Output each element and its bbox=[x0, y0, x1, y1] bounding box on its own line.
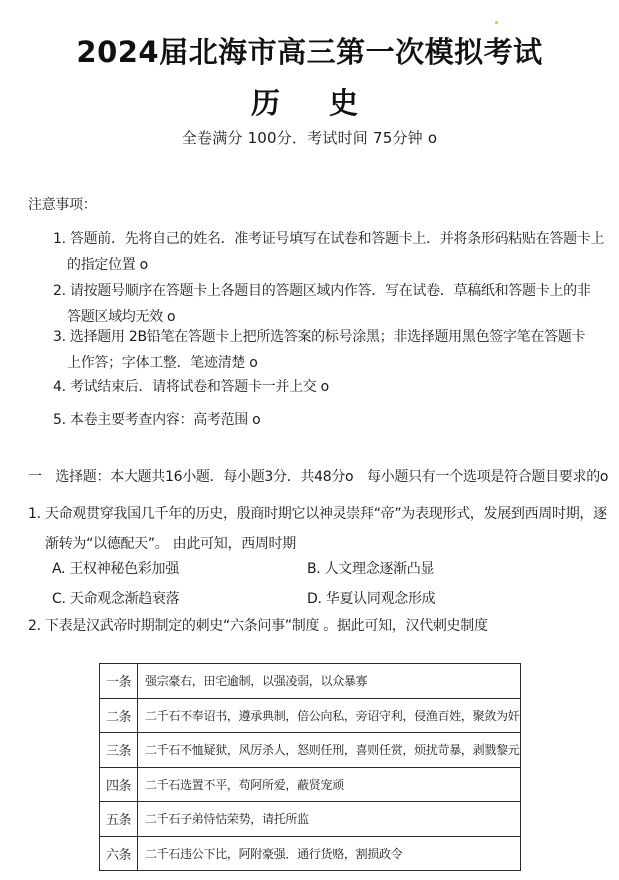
notice-item-5: 5. 本卷主要考查内容：高考范围 o bbox=[53, 407, 260, 433]
row-label: 四条 bbox=[100, 767, 138, 802]
notice-line: 3. 选择题用 2B铅笔在答题卡上把所选答案的标号涂黑；非选择题用黑色签字笔在答… bbox=[53, 324, 585, 350]
table-row: 四条 二千石选置不平，苟阿所爱，蔽贤宠顽 bbox=[100, 767, 521, 802]
question-1-option-d: D. 华夏认同观念形成 bbox=[307, 584, 435, 614]
exam-meta: 全卷满分 100分．考试时间 75分钟 o bbox=[0, 127, 619, 148]
notice-line: 1. 答题前．先将自己的姓名．准考证号填写在试卷和答题卡上．并将条形码粘贴在答题… bbox=[53, 226, 604, 252]
table-row: 五条 二千石子弟恃怙荣势，请托所监 bbox=[100, 802, 521, 837]
row-content: 二千石不奉诏书，遵承典制，倍公向私，旁诏守利，侵渔百姓，聚敛为奸 bbox=[138, 698, 521, 733]
row-content: 二千石选置不平，苟阿所爱，蔽贤宠顽 bbox=[138, 767, 521, 802]
question-1-option-c: C. 天命观念渐趋衰落 bbox=[52, 584, 179, 614]
notice-line: 2. 请按题号顺序在答题卡上各题目的答题区域内作答．写在试卷．草稿纸和答题卡上的… bbox=[53, 278, 591, 304]
question-1-option-b: B. 人文理念逐渐凸显 bbox=[307, 554, 434, 584]
table-row: 三条 二千石不恤疑狱，风厉杀人，怒则任刑，喜则任赏，烦扰苛暴，剥戮黎元 bbox=[100, 733, 521, 768]
notices-heading: 注意事项： bbox=[28, 192, 97, 218]
row-label: 五条 bbox=[100, 802, 138, 837]
question-1-option-a: A. 王权神秘色彩加强 bbox=[52, 554, 179, 584]
table-row: 一条 强宗豪右，田宅逾制，以强凌弱，以众暴寡 bbox=[100, 664, 521, 699]
notice-line: 的指定位置 o bbox=[53, 252, 604, 278]
six-rules-table: 一条 强宗豪右，田宅逾制，以强凌弱，以众暴寡 二条 二千石不奉诏书，遵承典制，倍… bbox=[99, 663, 521, 871]
notice-item-3: 3. 选择题用 2B铅笔在答题卡上把所选答案的标号涂黑；非选择题用黑色签字笔在答… bbox=[53, 324, 585, 376]
row-content: 二千石子弟恃怙荣势，请托所监 bbox=[138, 802, 521, 837]
section-heading: 一 选择题：本大题共16小题．每小题3分．共48分o 每小题只有一个选项是符合题… bbox=[28, 464, 608, 490]
notice-item-1: 1. 答题前．先将自己的姓名．准考证号填写在试卷和答题卡上．并将条形码粘贴在答题… bbox=[53, 226, 604, 278]
notice-item-4: 4. 考试结束后．请将试卷和答题卡一并上交 o bbox=[53, 374, 329, 400]
question-2-text: 2. 下表是汉武帝时期制定的刺史“六条问事”制度 。据此可知，汉代刺史制度 bbox=[28, 611, 488, 641]
exam-paper-page: 2024届北海市高三第一次模拟考试 历 史 全卷满分 100分．考试时间 75分… bbox=[0, 0, 619, 880]
scan-artifact-dot bbox=[495, 21, 498, 24]
row-content: 二千石不恤疑狱，风厉杀人，怒则任刑，喜则任赏，烦扰苛暴，剥戮黎元 bbox=[138, 733, 521, 768]
table-row: 二条 二千石不奉诏书，遵承典制，倍公向私，旁诏守利，侵渔百姓，聚敛为奸 bbox=[100, 698, 521, 733]
row-label: 三条 bbox=[100, 733, 138, 768]
page-title: 2024届北海市高三第一次模拟考试 bbox=[0, 30, 619, 71]
subject-title: 历 史 bbox=[0, 81, 619, 122]
question-1-line: 1. 天命观贯穿我国几千年的历史，殷商时期它以神灵崇拜“帝”为表现形式，发展到西… bbox=[28, 499, 607, 529]
row-content: 强宗豪右，田宅逾制，以强凌弱，以众暴寡 bbox=[138, 664, 521, 699]
notice-item-2: 2. 请按题号顺序在答题卡上各题目的答题区域内作答．写在试卷．草稿纸和答题卡上的… bbox=[53, 278, 591, 330]
question-1: 1. 天命观贯穿我国几千年的历史，殷商时期它以神灵崇拜“帝”为表现形式，发展到西… bbox=[28, 499, 607, 559]
table-row: 六条 二千石违公下比，阿附豪强．通行货赂，割损政令 bbox=[100, 836, 521, 871]
row-label: 六条 bbox=[100, 836, 138, 871]
row-label: 一条 bbox=[100, 664, 138, 699]
notice-line: 上作答；字体工整．笔迹清楚 o bbox=[53, 350, 585, 376]
row-label: 二条 bbox=[100, 698, 138, 733]
row-content: 二千石违公下比，阿附豪强．通行货赂，割损政令 bbox=[138, 836, 521, 871]
notice-line: 4. 考试结束后．请将试卷和答题卡一并上交 o bbox=[53, 374, 329, 400]
notice-line: 5. 本卷主要考查内容：高考范围 o bbox=[53, 407, 260, 433]
